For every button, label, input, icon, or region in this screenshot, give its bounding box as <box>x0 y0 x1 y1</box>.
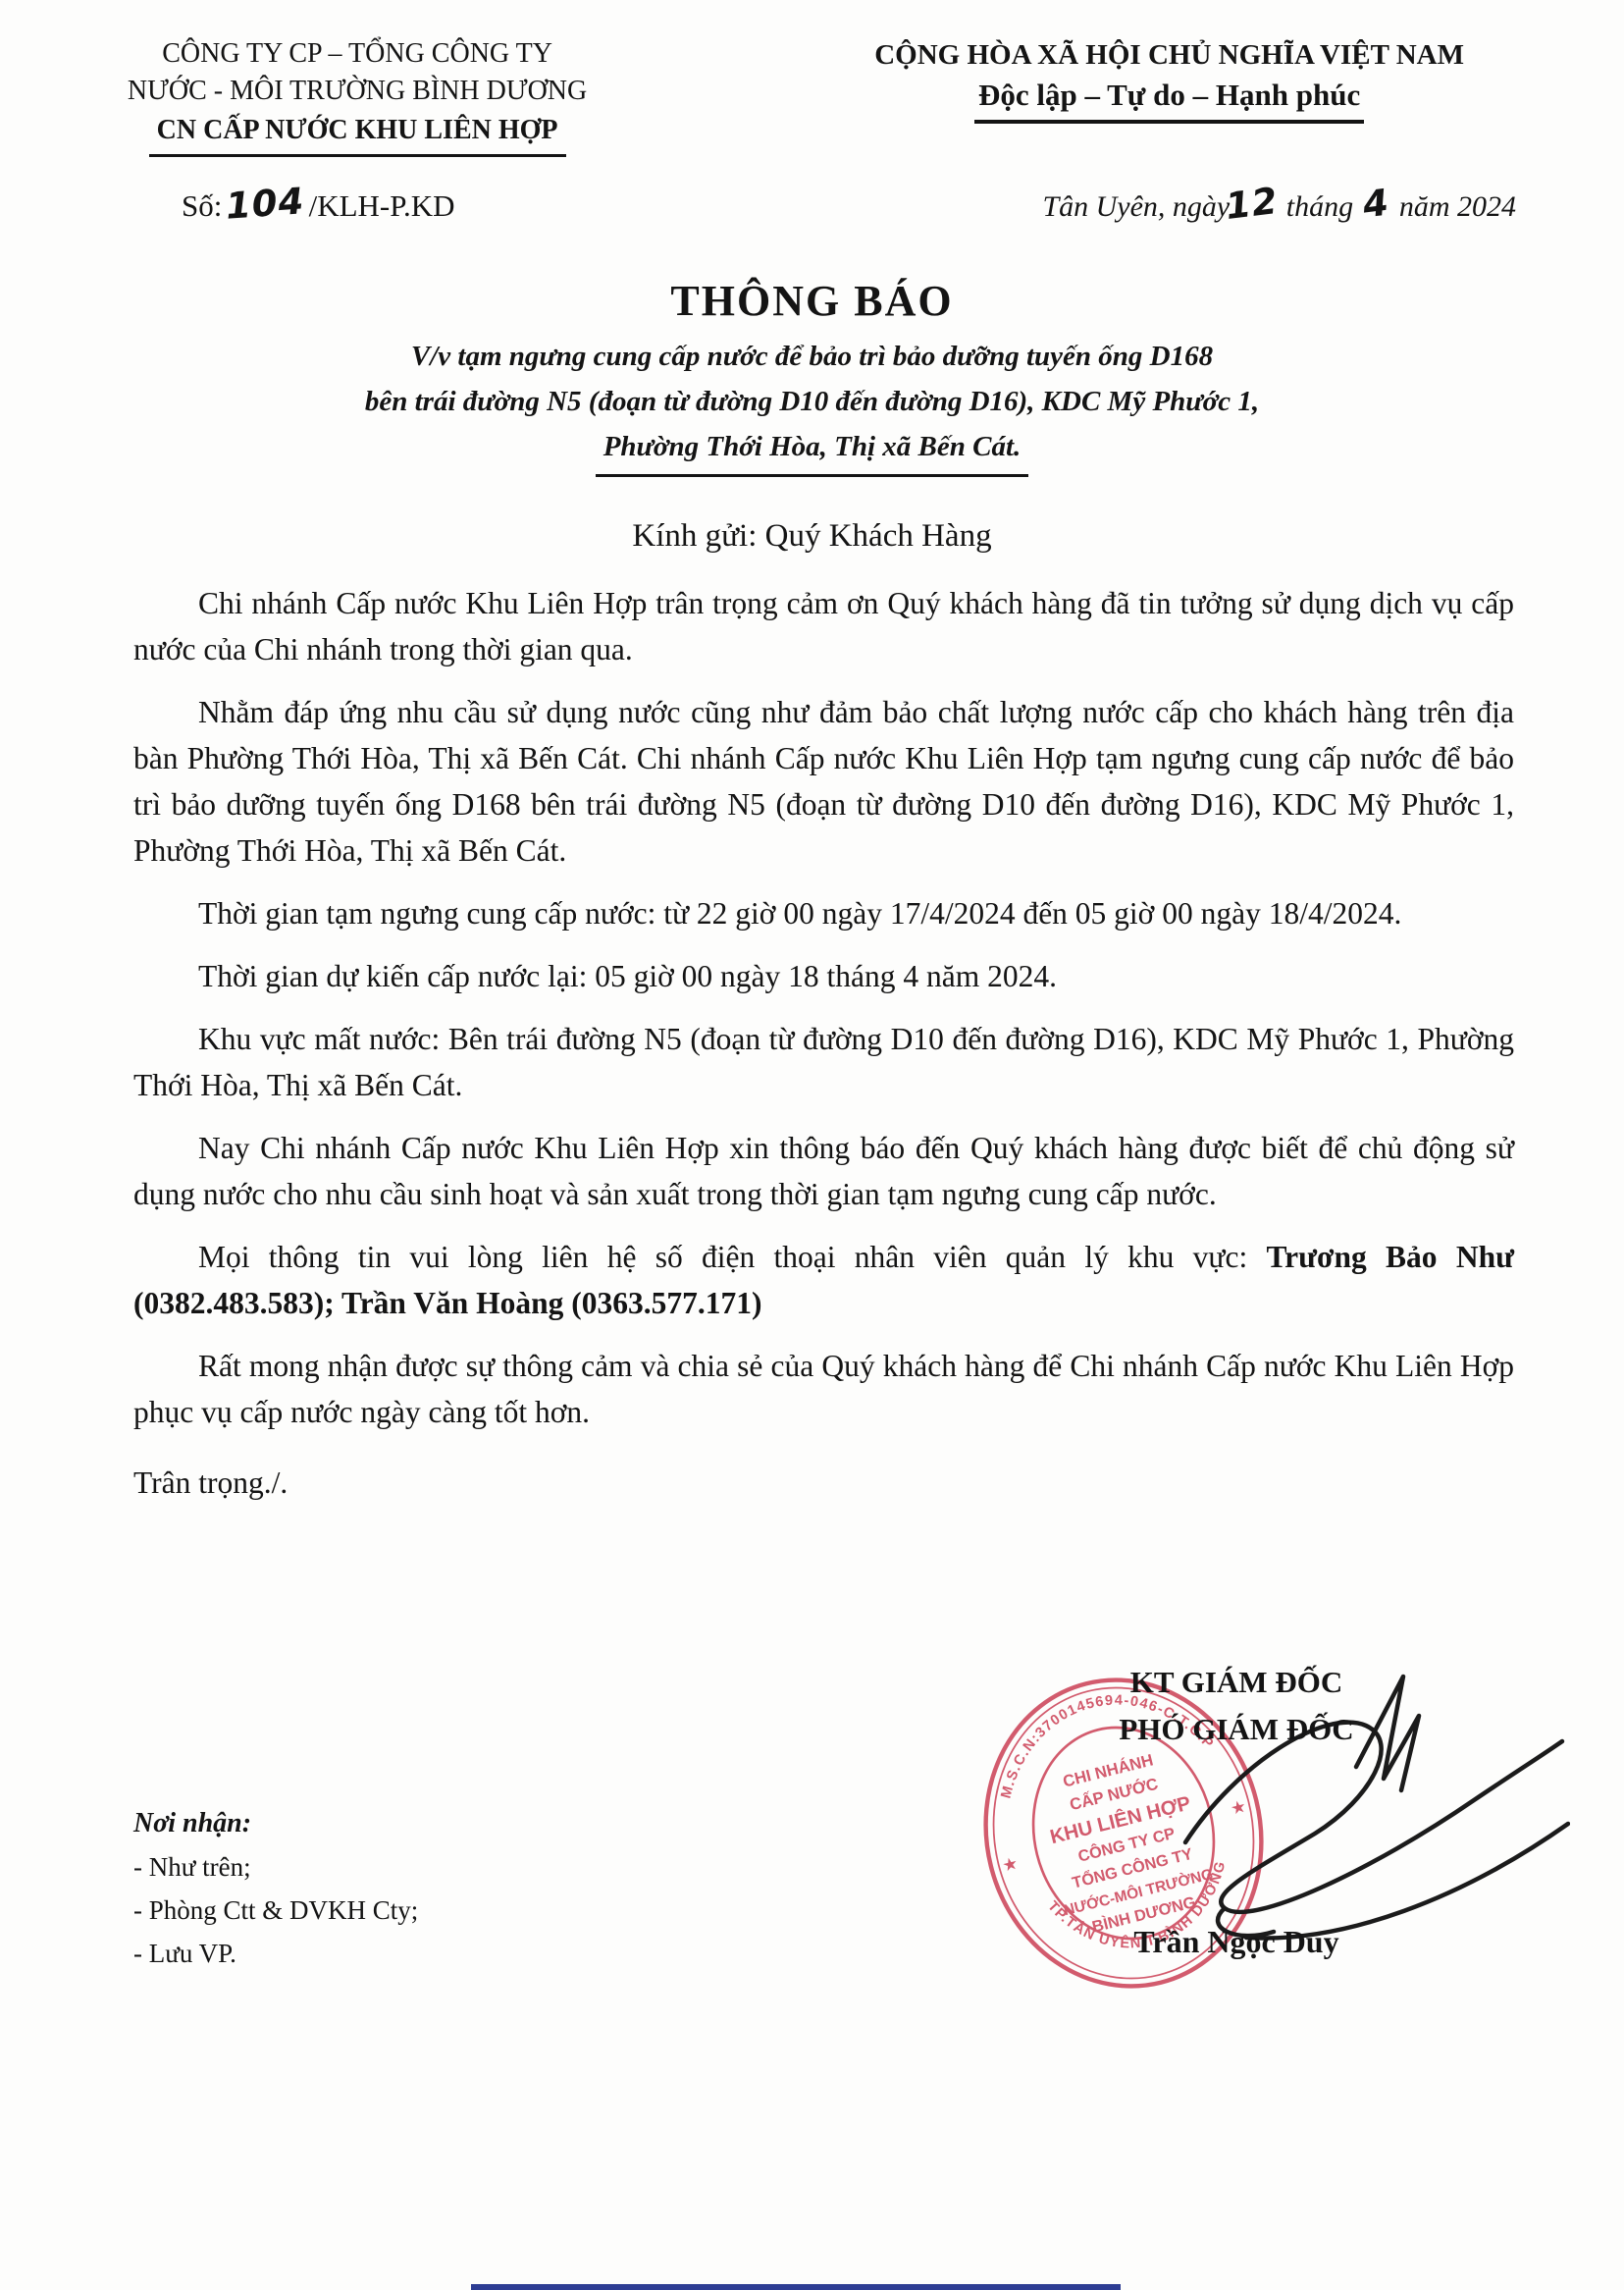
stamp-star-left-icon: ★ <box>1000 1853 1020 1876</box>
body-text: Chi nhánh Cấp nước Khu Liên Hợp trân trọ… <box>0 555 1624 1435</box>
document-page: CÔNG TY CP – TỔNG CÔNG TY NƯỚC - MÔI TRƯ… <box>0 0 1624 2290</box>
national-motto: Độc lập – Tự do – Hạnh phúc <box>714 75 1624 124</box>
subject-line-2: bên trái đường N5 (đoạn từ đường D10 đến… <box>0 379 1624 424</box>
date-year: năm 2024 <box>1399 190 1516 223</box>
paragraph-suspension-time: Thời gian tạm ngưng cung cấp nước: từ 22… <box>133 890 1514 936</box>
document-title: THÔNG BÁO <box>0 276 1624 326</box>
ref-date-row: Số:104/KLH-P.KD Tân Uyên, ngày12tháng4nă… <box>0 157 1624 225</box>
recipient-item: - Lưu VP. <box>133 1932 418 1975</box>
salutation: Kính gửi: Quý Khách Hàng <box>0 518 1624 555</box>
place-date-line: Tân Uyên, ngày12tháng4năm 2024 <box>1042 183 1516 225</box>
signer-name: Trần Ngọc Duy <box>991 1924 1482 1960</box>
date-day-handwritten: 12 <box>1224 180 1281 228</box>
subject-line-1: V/v tạm ngưng cung cấp nước để bảo trì b… <box>0 334 1624 379</box>
paragraph-affected-area: Khu vực mất nước: Bên trái đường N5 (đoạ… <box>133 1016 1514 1108</box>
signer-title-2: PHÓ GIÁM ĐỐC <box>991 1706 1482 1753</box>
org-line-1: CÔNG TY CP – TỔNG CÔNG TY <box>0 35 714 73</box>
subject-line-3: Phường Thới Hòa, Thị xã Bến Cát. <box>0 424 1624 477</box>
paragraph-notice: Nay Chi nhánh Cấp nước Khu Liên Hợp xin … <box>133 1125 1514 1217</box>
paragraph-thanks: Rất mong nhận được sự thông cảm và chia … <box>133 1343 1514 1435</box>
letterhead: CÔNG TY CP – TỔNG CÔNG TY NƯỚC - MÔI TRƯ… <box>0 0 1624 157</box>
signer-titles: KT GIÁM ĐỐC PHÓ GIÁM ĐỐC <box>991 1659 1482 1753</box>
paragraph: Chi nhánh Cấp nước Khu Liên Hợp trân trọ… <box>133 580 1514 672</box>
scan-artifact-line <box>471 2284 1121 2290</box>
recipients-block: Nơi nhận: - Như trên; - Phòng Ctt & DVKH… <box>133 1802 418 1975</box>
paragraph-contact: Mọi thông tin vui lòng liên hệ số điện t… <box>133 1234 1514 1326</box>
recipient-item: - Phòng Ctt & DVKH Cty; <box>133 1889 418 1932</box>
date-month-handwritten: 4 <box>1361 182 1392 227</box>
national-title: CỘNG HÒA XÃ HỘI CHỦ NGHĨA VIỆT NAM <box>714 35 1624 75</box>
footer-block: Nơi nhận: - Như trên; - Phòng Ctt & DVKH… <box>0 1641 1624 2269</box>
org-line-3: CN CẤP NƯỚC KHU LIÊN HỢP <box>0 112 714 157</box>
ref-suffix: /KLH-P.KD <box>309 188 455 223</box>
issuing-org-block: CÔNG TY CP – TỔNG CÔNG TY NƯỚC - MÔI TRƯ… <box>0 35 714 157</box>
ref-number-handwritten: 104 <box>225 180 306 227</box>
closing-phrase: Trân trọng./. <box>0 1452 1624 1501</box>
paragraph: Nhằm đáp ứng nhu cầu sử dụng nước cũng n… <box>133 689 1514 874</box>
document-number: Số:104/KLH-P.KD <box>182 183 455 225</box>
date-place: Tân Uyên, ngày <box>1042 190 1230 223</box>
paragraph-resume-time: Thời gian dự kiến cấp nước lại: 05 giờ 0… <box>133 953 1514 999</box>
contact-intro: Mọi thông tin vui lòng liên hệ số điện t… <box>198 1240 1247 1274</box>
signer-title-1: KT GIÁM ĐỐC <box>991 1659 1482 1706</box>
org-line-2: NƯỚC - MÔI TRƯỜNG BÌNH DƯƠNG <box>0 73 714 110</box>
recipients-heading: Nơi nhận: <box>133 1802 418 1845</box>
document-subject: V/v tạm ngưng cung cấp nước để bảo trì b… <box>0 334 1624 477</box>
date-month-label: tháng <box>1286 190 1353 223</box>
national-motto-block: CỘNG HÒA XÃ HỘI CHỦ NGHĨA VIỆT NAM Độc l… <box>714 35 1624 157</box>
recipient-item: - Như trên; <box>133 1845 418 1889</box>
ref-label: Số: <box>182 188 222 223</box>
